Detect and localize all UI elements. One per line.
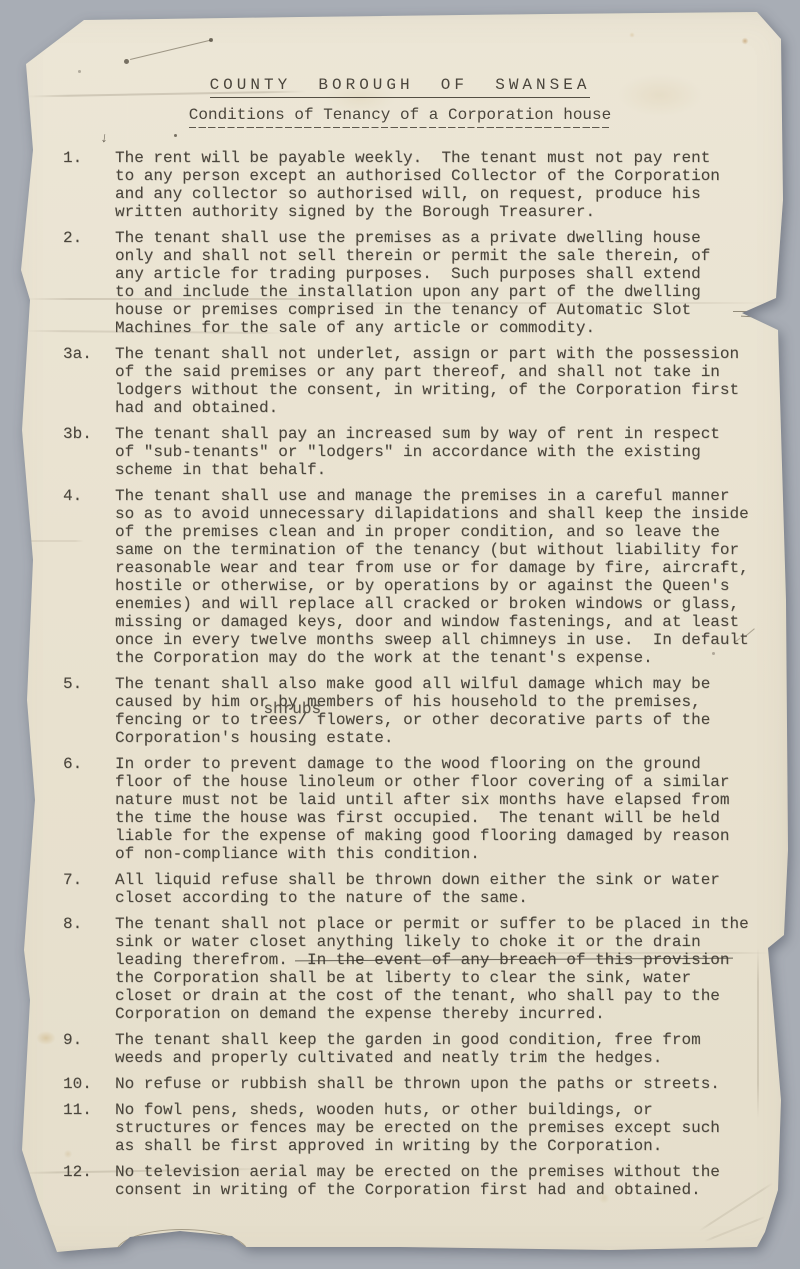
insertion-caret: /shrubs [297,711,307,729]
clause-number: 4. [63,487,115,667]
text-line: structures or fences may be erected on t… [115,1119,763,1137]
clause-text: All liquid refuse shall be thrown down e… [115,871,763,907]
clause-text: The tenant shall keep the garden in good… [115,1031,763,1067]
text-line: hostile or otherwise, or by operations b… [115,577,763,595]
text-line: as shall be first approved in writing by… [115,1137,763,1155]
clause-8: 8.The tenant shall not place or permit o… [63,915,763,1023]
clause-text: In order to prevent damage to the wood f… [115,755,763,863]
stray-dot [174,134,177,137]
clause-9: 9.The tenant shall keep the garden in go… [63,1031,763,1067]
clause-6: 6.In order to prevent damage to the wood… [63,755,763,863]
clause-10: 10.No refuse or rubbish shall be thrown … [63,1075,763,1093]
clause-4: 4.The tenant shall use and manage the pr… [63,487,763,667]
text-line: to and include the installation upon any… [115,283,763,301]
text-line: of the said premises or any part thereof… [115,363,763,381]
clause-number: 1. [63,149,115,221]
text-line: the Corporation may do the work at the t… [115,649,763,667]
clause-number: 3b. [63,425,115,479]
clause-5: 5.The tenant shall also make good all wi… [63,675,763,747]
text-line: The tenant shall not place or permit or … [115,915,763,933]
clause-7: 7.All liquid refuse shall be thrown down… [63,871,763,907]
pin-scratch-mark [130,39,212,60]
clause-text: The tenant shall pay an increased sum by… [115,425,763,479]
title-text: COUNTY BOROUGH OF SWANSEA [210,76,591,98]
clause-text: The tenant shall use the premises as a p… [115,229,763,337]
text-line: caused by him or by members of his house… [115,693,763,711]
clause-11: 11.No fowl pens, sheds, wooden huts, or … [63,1101,763,1155]
text-line: missing or damaged keys, door and window… [115,613,763,631]
clause-number: 7. [63,871,115,907]
text-line: lodgers without the consent, in writing,… [115,381,763,399]
text-line: Corporation's housing estate. [115,729,763,747]
text-line: of "sub-tenants" or "lodgers" in accorda… [115,443,763,461]
text-line: leading therefrom. In the event of any b… [115,951,763,969]
text-line: and any collector so authorised will, on… [115,185,763,203]
text-line: same on the termination of the tenancy (… [115,541,763,559]
clause-number: 3a. [63,345,115,417]
clause-text: The tenant shall use and manage the prem… [115,487,763,667]
document-subtitle: Conditions of Tenancy of a Corporation h… [0,106,800,124]
blue-ink-mark [775,944,785,964]
text-line: The tenant shall not underlet, assign or… [115,345,763,363]
text-line: enemies) and will replace all cracked or… [115,595,763,613]
pin-hole-dot [124,59,129,64]
clause-12: 12.No television aerial may be erected o… [63,1163,763,1199]
text-line: No fowl pens, sheds, wooden huts, or oth… [115,1101,763,1119]
clause-number: 2. [63,229,115,337]
clause-number: 12. [63,1163,115,1199]
text-line: The tenant shall use and manage the prem… [115,487,763,505]
clause-number: 5. [63,675,115,747]
document-title: COUNTY BOROUGH OF SWANSEA [0,76,800,94]
clause-text: No television aerial may be erected on t… [115,1163,763,1199]
text-line: nature must not be laid until after six … [115,791,763,809]
text-line: closet according to the nature of the sa… [115,889,763,907]
text-line: of the premises clean and in proper cond… [115,523,763,541]
text-line: fencing or to trees/shrubs flowers, or o… [115,711,763,729]
text-line: house or premises comprised in the tenan… [115,301,763,319]
text-line: once in every twelve months sweep all ch… [115,631,763,649]
text-line: scheme in that behalf. [115,461,763,479]
clause-number: 11. [63,1101,115,1155]
clause-number: 10. [63,1075,115,1093]
clause-text: The tenant shall not place or permit or … [115,915,763,1023]
text-line: written authority signed by the Borough … [115,203,763,221]
speck [78,70,81,73]
document-page: ↓ COUNTY BOROUGH OF SWANSEA Conditions o… [0,0,800,1269]
clause-text: The rent will be payable weekly. The ten… [115,149,763,221]
text-line: weeds and properly cultivated and neatly… [115,1049,763,1067]
clause-text: No fowl pens, sheds, wooden huts, or oth… [115,1101,763,1155]
bottom-edge-tear-arc [116,1229,248,1248]
text-line: to any person except an authorised Colle… [115,167,763,185]
clause-3b: 3b.The tenant shall pay an increased sum… [63,425,763,479]
subtitle-text: Conditions of Tenancy of a Corporation h… [189,106,611,128]
text-line: the time the house was first occupied. T… [115,809,763,827]
text-line: reasonable wear and tear from use or for… [115,559,763,577]
text-line: Machines for the sale of any article or … [115,319,763,337]
text-line: sink or water closet anything likely to … [115,933,763,951]
text-line: No television aerial may be erected on t… [115,1163,763,1181]
clause-list: 1.The rent will be payable weekly. The t… [63,149,763,1207]
text-line: In order to prevent damage to the wood f… [115,755,763,773]
clause-text: No refuse or rubbish shall be thrown upo… [115,1075,763,1093]
clause-text: The tenant shall also make good all wilf… [115,675,763,747]
clause-number: 6. [63,755,115,863]
text-line: consent in writing of the Corporation fi… [115,1181,763,1199]
text-line: any article for trading purposes. Such p… [115,265,763,283]
text-line: had and obtained. [115,399,763,417]
text-line: The tenant shall pay an increased sum by… [115,425,763,443]
text-line: The rent will be payable weekly. The ten… [115,149,763,167]
text-line: so as to avoid unnecessary dilapidations… [115,505,763,523]
text-line: floor of the house linoleum or other flo… [115,773,763,791]
photo-background: ↓ COUNTY BOROUGH OF SWANSEA Conditions o… [0,0,800,1269]
paper-shadow: ↓ COUNTY BOROUGH OF SWANSEA Conditions o… [0,0,800,1269]
text-line: The tenant shall keep the garden in good… [115,1031,763,1049]
corner-crumple [704,1216,766,1243]
text-line: the Corporation shall be at liberty to c… [115,969,763,987]
clause-3a: 3a.The tenant shall not underlet, assign… [63,345,763,417]
clause-number: 9. [63,1031,115,1067]
text-line: liable for the expense of making good fl… [115,827,763,845]
clause-2: 2.The tenant shall use the premises as a… [63,229,763,337]
clause-number: 8. [63,915,115,1023]
struck-text: In the event of any breach of this provi… [307,951,729,969]
pin-hole-dot [209,38,213,42]
tear-arc-line [116,1229,248,1248]
inserted-word: shrubs [263,700,321,718]
clause-1: 1.The rent will be payable weekly. The t… [63,149,763,221]
text-line: No refuse or rubbish shall be thrown upo… [115,1075,763,1093]
text-line: The tenant shall also make good all wilf… [115,675,763,693]
pencil-tick-mark: ↓ [99,130,110,147]
text-line: of non-compliance with this condition. [115,845,763,863]
text-line: All liquid refuse shall be thrown down e… [115,871,763,889]
text-line: only and shall not sell therein or permi… [115,247,763,265]
clause-text: The tenant shall not underlet, assign or… [115,345,763,417]
text-line: Corporation on demand the expense thereb… [115,1005,763,1023]
text-line: closet or drain at the cost of the tenan… [115,987,763,1005]
text-line: The tenant shall use the premises as a p… [115,229,763,247]
